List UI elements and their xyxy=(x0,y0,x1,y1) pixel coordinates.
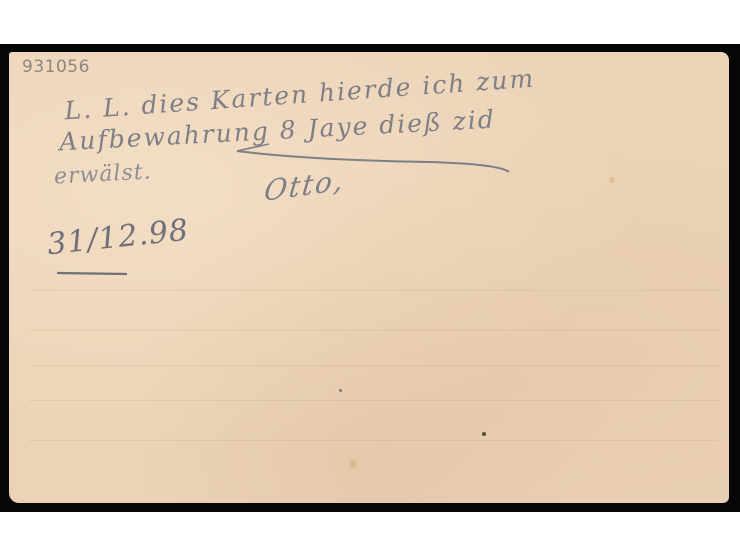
postcard: 931056 L. L. dies Karten hierde ich zum … xyxy=(9,52,729,503)
date-underline xyxy=(57,273,127,274)
signature-flourish xyxy=(237,151,509,172)
pencil-strokes xyxy=(9,52,729,503)
